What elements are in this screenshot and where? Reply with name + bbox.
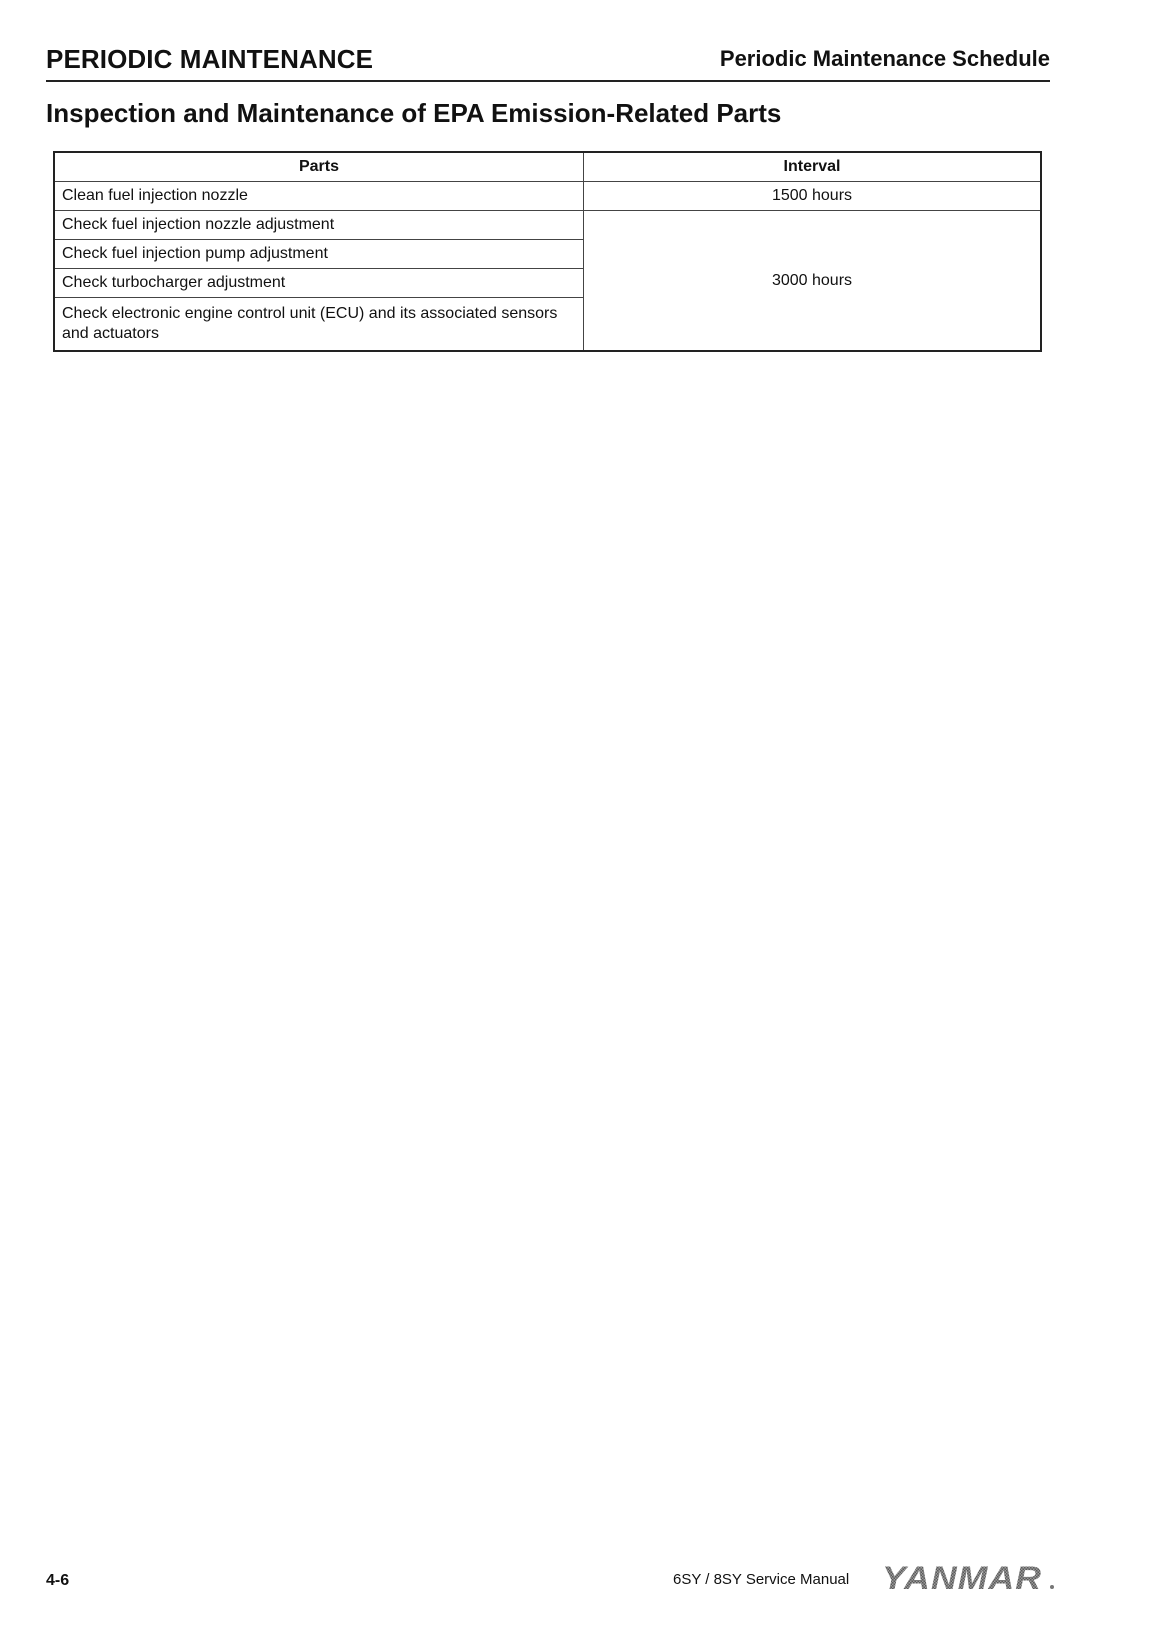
- section-title-header: Periodic Maintenance Schedule: [720, 46, 1050, 72]
- part-cell: Clean fuel injection nozzle: [54, 182, 584, 211]
- svg-text:YANMAR: YANMAR: [882, 1561, 1042, 1595]
- part-cell: Check fuel injection pump adjustment: [54, 240, 584, 269]
- page-title: Inspection and Maintenance of EPA Emissi…: [46, 98, 781, 129]
- brand-logo-icon: YANMAR: [880, 1561, 1060, 1595]
- yanmar-logo: YANMAR: [880, 1561, 1060, 1600]
- table-row: Check fuel injection nozzle adjustment 3…: [54, 211, 1041, 240]
- table-header-row: Parts Interval: [54, 152, 1041, 182]
- table-row: Clean fuel injection nozzle 1500 hours: [54, 182, 1041, 211]
- maintenance-table: Parts Interval Clean fuel injection nozz…: [53, 151, 1042, 352]
- interval-cell: 3000 hours: [584, 211, 1042, 352]
- interval-cell: 1500 hours: [584, 182, 1042, 211]
- column-header-parts: Parts: [54, 152, 584, 182]
- column-header-interval: Interval: [584, 152, 1042, 182]
- page-header: PERIODIC MAINTENANCE Periodic Maintenanc…: [46, 44, 1050, 82]
- page-number: 4-6: [46, 1572, 69, 1590]
- part-cell: Check electronic engine control unit (EC…: [54, 298, 584, 352]
- chapter-title: PERIODIC MAINTENANCE: [46, 44, 373, 75]
- manual-title: 6SY / 8SY Service Manual: [673, 1571, 849, 1588]
- part-cell: Check turbocharger adjustment: [54, 269, 584, 298]
- part-cell: Check fuel injection nozzle adjustment: [54, 211, 584, 240]
